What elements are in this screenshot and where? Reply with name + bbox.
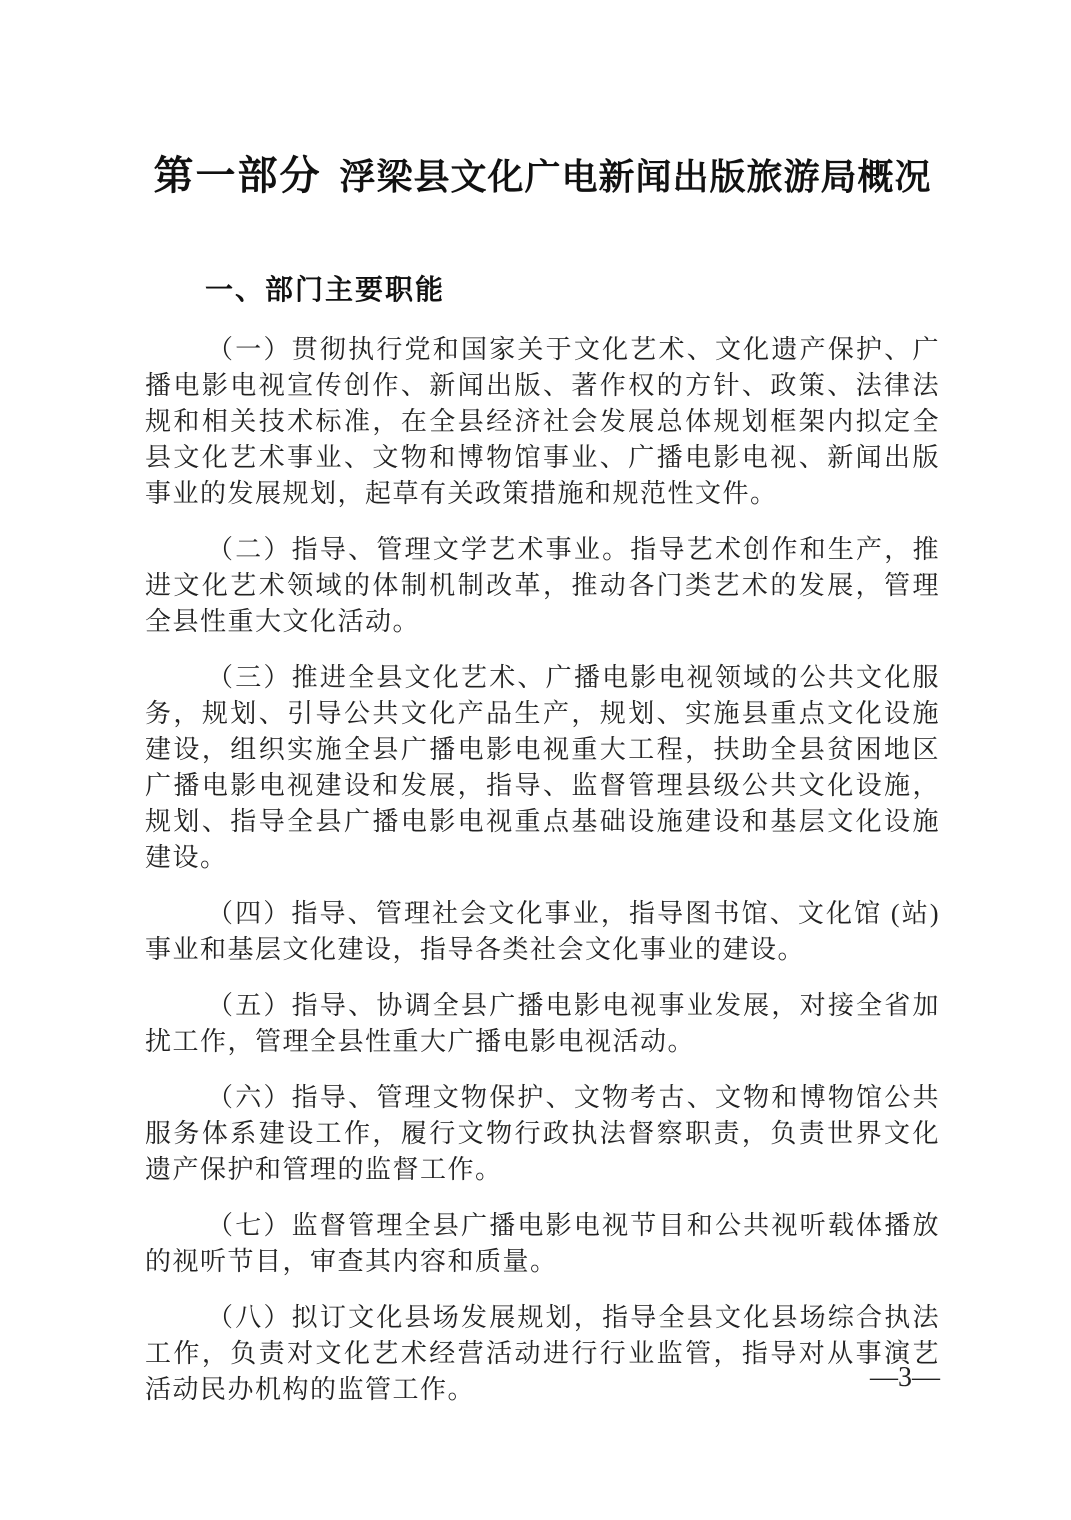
document-body: （一）贯彻执行党和国家关于文化艺术、文化遗产保护、广播电影电视宣传创作、新闻出版…: [145, 332, 940, 1408]
document-page: 第一部分浮梁县文化广电新闻出版旅游局概况 一、部门主要职能 （一）贯彻执行党和国…: [0, 0, 1071, 1520]
document-title-text: 浮梁县文化广电新闻出版旅游局概况: [339, 156, 931, 197]
paragraph: （七）监督管理全县广播电影电视节目和公共视听载体播放的视听节目，审查其内容和质量…: [145, 1208, 940, 1280]
paragraph: （三）推进全县文化艺术、广播电影电视领域的公共文化服务，规划、引导公共文化产品生…: [145, 660, 940, 876]
paragraph: （六）指导、管理文物保护、文物考古、文物和博物馆公共服务体系建设工作，履行文物行…: [145, 1080, 940, 1188]
paragraph: （四）指导、管理社会文化事业，指导图书馆、文化馆 (站)事业和基层文化建设，指导…: [145, 896, 940, 968]
page-number: —3—: [870, 1362, 940, 1394]
document-title-part: 第一部分: [153, 154, 321, 198]
section-heading: 一、部门主要职能: [145, 274, 940, 306]
document-title: 第一部分浮梁县文化广电新闻出版旅游局概况: [145, 150, 940, 204]
paragraph: （五）指导、协调全县广播电影电视事业发展，对接全省加扰工作，管理全县性重大广播电…: [145, 988, 940, 1060]
paragraph: （八）拟订文化县场发展规划，指导全县文化县场综合执法工作，负责对文化艺术经营活动…: [145, 1300, 940, 1408]
paragraph: （二）指导、管理文学艺术事业。指导艺术创作和生产，推进文化艺术领域的体制机制改革…: [145, 532, 940, 640]
paragraph: （一）贯彻执行党和国家关于文化艺术、文化遗产保护、广播电影电视宣传创作、新闻出版…: [145, 332, 940, 512]
